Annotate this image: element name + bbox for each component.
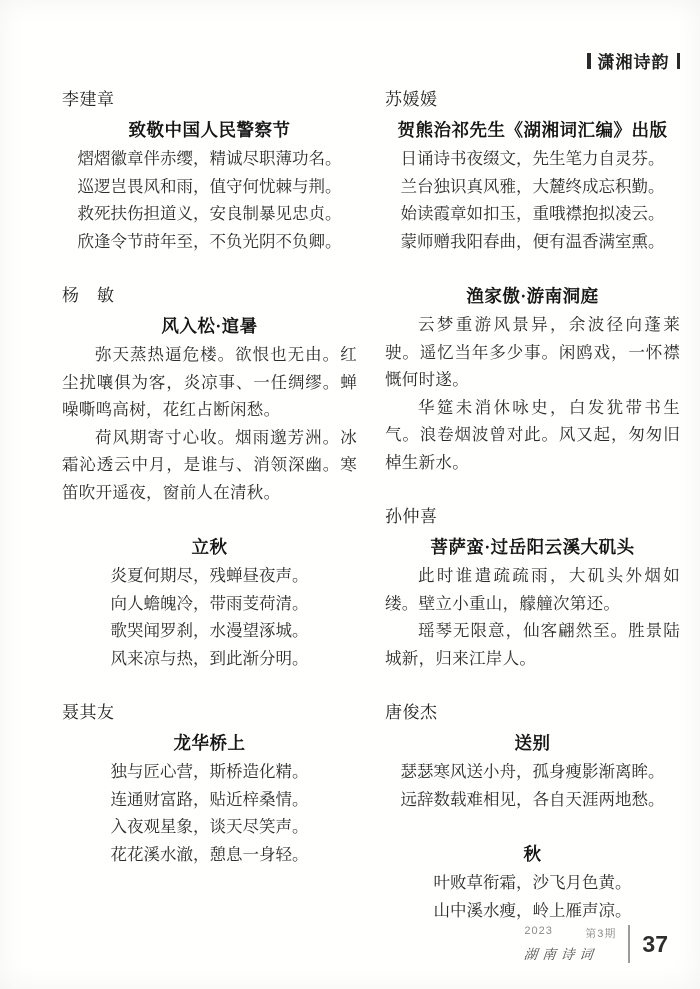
footer-issue: 第3期 xyxy=(585,925,616,941)
poem-section: 聂其友龙华桥上独与匠心营，斯桥造化精。连通财富路，贴近梓桑情。入夜观星象，谈天尽… xyxy=(62,698,357,868)
header-right-bar xyxy=(677,53,681,69)
verse-line: 巡逻岂畏风和雨，值守何忧棘与荆。 xyxy=(62,173,357,201)
header-left-bar xyxy=(587,53,591,69)
page-number: 37 xyxy=(642,931,668,958)
verse-line: 花花溪水澈，憩息一身轻。 xyxy=(62,841,357,869)
verse-line: 炎夏何期尽，残蝉昼夜声。 xyxy=(62,562,357,590)
verse-line: 独与匠心营，斯桥造化精。 xyxy=(62,758,357,786)
verse-line: 蒙师赠我阳春曲，便有温香满室熏。 xyxy=(385,228,680,256)
section-header: 潇湘诗韵 xyxy=(587,48,680,73)
poem-section: 杨 敏风入松·逭暑弥天蒸热逼危楼。欲恨也无由。红尘扰嚷俱为客，炎凉事、一任绸缪。… xyxy=(62,281,357,506)
poem-author: 聂其友 xyxy=(62,698,357,728)
poem-title: 菩萨蛮·过岳阳云溪大矶头 xyxy=(385,532,680,562)
verse-line: 救死扶伤担道义，安良制暴见忠贞。 xyxy=(62,200,357,228)
poem-title: 渔家傲·游南洞庭 xyxy=(385,281,680,311)
ci-paragraph: 云梦重游风景异，余波径向蓬莱驶。遥忆当年多少事。闲鸥戏，一怀襟慨何时遂。 xyxy=(385,311,680,394)
footer-divider xyxy=(628,925,630,963)
poem-section: 秋叶败草衔霜，沙飞月色黄。山中溪水瘦，岭上雁声凉。 xyxy=(385,839,680,924)
verse-line: 山中溪水瘦，岭上雁声凉。 xyxy=(385,897,680,925)
footer-issue-row: 2023 第3期 xyxy=(524,925,616,941)
page-footer: 2023 第3期 湖南诗词 37 xyxy=(524,925,668,963)
verse-line: 远辞数载难相见，各自天涯两地愁。 xyxy=(385,786,680,814)
poem-section: 李建章致敬中国人民警察节熠熠徽章伴赤缨，精诚尽职薄功名。巡逻岂畏风和雨，值守何忧… xyxy=(62,85,357,255)
poem-columns: 李建章致敬中国人民警察节熠熠徽章伴赤缨，精诚尽职薄功名。巡逻岂畏风和雨，值守何忧… xyxy=(62,85,680,950)
poem-section: 渔家傲·游南洞庭云梦重游风景异，余波径向蓬莱驶。遥忆当年多少事。闲鸥戏，一怀襟慨… xyxy=(385,281,680,476)
ci-paragraph: 华筵未消休咏史，白发犹带书生气。浪卷烟波曾对此。风又起，匆匆旧棹生新水。 xyxy=(385,394,680,477)
journal-name: 湖南诗词 xyxy=(523,943,617,963)
poem-title: 致敬中国人民警察节 xyxy=(62,115,357,145)
verse-line: 入夜观星象，谈天尽笑声。 xyxy=(62,813,357,841)
ci-paragraph: 瑶琴无限意，仙客翩然至。胜景陆城新，归来江岸人。 xyxy=(385,617,680,672)
poem-section: 唐俊杰送别瑟瑟寒风送小舟，孤身瘦影渐离眸。远辞数载难相见，各自天涯两地愁。 xyxy=(385,698,680,813)
poem-title: 秋 xyxy=(385,839,680,869)
poem-title: 贺熊治祁先生《湖湘词汇编》出版 xyxy=(385,115,680,145)
verse-line: 连通财富路，贴近梓桑情。 xyxy=(62,786,357,814)
verse-line: 日诵诗书夜缀文，先生笔力自灵芬。 xyxy=(385,145,680,173)
poem-title: 风入松·逭暑 xyxy=(62,311,357,341)
poem-author: 杨 敏 xyxy=(62,281,357,311)
verse-line: 向人蟾魄冷，带雨芰荷清。 xyxy=(62,590,357,618)
verse-line: 始读霞章如扣玉，重哦襟抱拟凌云。 xyxy=(385,200,680,228)
poem-author: 孙仲喜 xyxy=(385,502,680,532)
footer-issue-block: 2023 第3期 湖南诗词 xyxy=(524,925,616,963)
verse-line: 歌哭闻罗刹，水漫望涿城。 xyxy=(62,617,357,645)
poem-author: 李建章 xyxy=(62,85,357,115)
poem-author: 唐俊杰 xyxy=(385,698,680,728)
ci-paragraph: 此时谁遣疏疏雨，大矶头外烟如缕。壁立小重山，艨艟次第还。 xyxy=(385,562,680,617)
verse-line: 熠熠徽章伴赤缨，精诚尽职薄功名。 xyxy=(62,145,357,173)
verse-line: 欣逢令节莳年至，不负光阴不负卿。 xyxy=(62,228,357,256)
verse-line: 叶败草衔霜，沙飞月色黄。 xyxy=(385,869,680,897)
journal-page: 潇湘诗韵 李建章致敬中国人民警察节熠熠徽章伴赤缨，精诚尽职薄功名。巡逻岂畏风和雨… xyxy=(0,0,700,989)
left-column: 李建章致敬中国人民警察节熠熠徽章伴赤缨，精诚尽职薄功名。巡逻岂畏风和雨，值守何忧… xyxy=(62,85,357,950)
verse-line: 瑟瑟寒风送小舟，孤身瘦影渐离眸。 xyxy=(385,758,680,786)
right-column: 苏媛媛贺熊治祁先生《湖湘词汇编》出版日诵诗书夜缀文，先生笔力自灵芬。兰台独识真风… xyxy=(385,85,680,950)
poem-title: 送别 xyxy=(385,728,680,758)
poem-title: 龙华桥上 xyxy=(62,728,357,758)
verse-line: 风来凉与热，到此渐分明。 xyxy=(62,645,357,673)
footer-year: 2023 xyxy=(524,925,552,941)
ci-paragraph: 弥天蒸热逼危楼。欲恨也无由。红尘扰嚷俱为客，炎凉事、一任绸缪。蝉噪嘶鸣高树，花红… xyxy=(62,341,357,424)
poem-title: 立秋 xyxy=(62,532,357,562)
poem-author: 苏媛媛 xyxy=(385,85,680,115)
poem-section: 立秋炎夏何期尽，残蝉昼夜声。向人蟾魄冷，带雨芰荷清。歌哭闻罗刹，水漫望涿城。风来… xyxy=(62,532,357,672)
poem-section: 孙仲喜菩萨蛮·过岳阳云溪大矶头此时谁遣疏疏雨，大矶头外烟如缕。壁立小重山，艨艟次… xyxy=(385,502,680,672)
section-title: 潇湘诗韵 xyxy=(598,48,670,73)
verse-line: 兰台独识真风雅，大麓终成忘积勤。 xyxy=(385,173,680,201)
ci-paragraph: 荷风期寄寸心收。烟雨邈芳洲。冰霜沁透云中月，是谁与、消领深幽。寒笛吹开遥夜，窗前… xyxy=(62,424,357,507)
poem-section: 苏媛媛贺熊治祁先生《湖湘词汇编》出版日诵诗书夜缀文，先生笔力自灵芬。兰台独识真风… xyxy=(385,85,680,255)
